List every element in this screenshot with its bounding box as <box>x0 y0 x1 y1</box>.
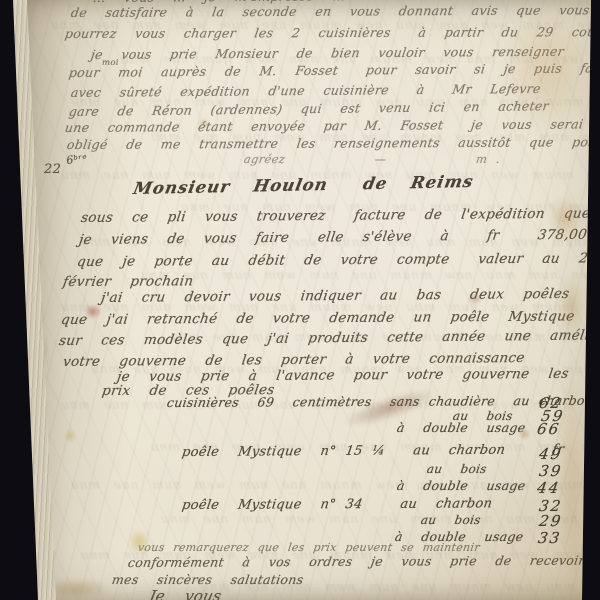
bleed-line: num umne mw num nue mnum wen num mnu new… <box>119 52 600 66</box>
bleed-line: num umne mw num nue mnum wen num mnu new… <box>139 268 600 282</box>
foxing-spot <box>200 120 208 127</box>
handwriting-line: que j'ai retranché de votre demande un p… <box>60 310 600 327</box>
handwriting-line: avec sûreté expédition d'une cuisinière … <box>70 83 542 100</box>
handwriting-line: obligé de me transmettre les renseigneme… <box>66 136 600 151</box>
foxing-stain <box>500 0 595 140</box>
handwriting-line: je viens de vous faire elle s'élève à fr… <box>78 229 600 248</box>
price-value: 62 <box>538 396 563 411</box>
price-value: 33 <box>537 531 562 546</box>
interline-insertion: moi <box>102 59 119 68</box>
letter-heading: Monsieur Houlon de Reims <box>132 174 475 198</box>
bleed-line: num umne mw num nue mnum wen num mnu new… <box>69 478 600 492</box>
handwriting-line: février prochain <box>62 275 194 289</box>
price-value: 32 <box>538 499 563 514</box>
bleed-line: num umne mw num nue mnum wen num mnu new… <box>159 512 600 526</box>
bleed-line: num umne mw num nue mnum wen num mnu new… <box>149 130 600 144</box>
bleed-line: num umne mw num nue mnum wen num mnu new… <box>149 440 600 454</box>
price-row-label: poêle Mystique n° 34 au charbon <box>181 497 493 512</box>
foxing-spot <box>520 430 529 438</box>
price-row-label: au bois <box>452 410 514 422</box>
handwriting-line: une commande étant envoyée par M. Fosset… <box>64 118 584 134</box>
foxing-stain <box>558 360 586 600</box>
price-row-label: poêle Mystique n° 15 ¼ au charbon fr <box>181 443 565 459</box>
price-value: 59 <box>540 409 565 424</box>
handwriting-line: votre gouverne de les porter à votre con… <box>62 352 526 370</box>
price-row-label: au bois <box>426 463 488 475</box>
handwriting-line: j'ai cru devoir vous indiquer au bas deu… <box>100 287 600 305</box>
bleed-line: num umne mw num nue mnum wen num mnu new… <box>49 18 600 32</box>
bleed-line: num umne mw num nue mnum wen num mnu new… <box>59 300 600 314</box>
bleed-line: num umne mw num nue mnum wen num mnu new… <box>199 580 600 594</box>
handwriting-line: sous ce pli vous trouverez facture de l'… <box>80 208 591 226</box>
price-value: 44 <box>536 481 561 496</box>
bleed-line: num umne mw num nue mnum wen num mnu new… <box>179 200 600 214</box>
price-value: 49 <box>538 447 563 462</box>
price-value: 66 <box>536 422 561 437</box>
price-value: 29 <box>538 514 563 529</box>
handwriting-line: de satisfaire à la seconde en vous donna… <box>70 4 591 19</box>
handwriting-line: gare de Réron (ardennes) qui est venu ic… <box>68 100 550 118</box>
ink-smear <box>339 382 441 434</box>
wax-stain <box>128 528 150 556</box>
price-row-label: à double usage <box>394 531 524 544</box>
foxing-stain <box>548 195 582 241</box>
bleed-line: num umne mw num nue mnum wen num mnu new… <box>69 95 600 109</box>
handwriting-line: sur ces modèles que j'ai produits cette … <box>58 329 600 349</box>
handwriting-line: je vous prie à l'avance pour votre gouve… <box>116 368 570 385</box>
bleed-line: num umne mw num nue mnum wen num mnu new… <box>79 548 600 562</box>
ink-stain <box>84 304 102 319</box>
foxing-spot <box>64 428 76 444</box>
handwriting-line: pour moi auprès de M. Fosset pour savoir… <box>68 62 600 79</box>
bleed-line: num umne mw num nue mnum wen num mnu new… <box>59 168 600 182</box>
price-value: 39 <box>538 464 563 479</box>
scanned-letter-page: num umne mw num nue mnum wen num mnu new… <box>0 0 600 600</box>
handwriting-line: que je porte au débit de votre compte va… <box>76 252 598 269</box>
handwriting-line: je vous prie Monsieur de bien vouloir vo… <box>90 46 565 62</box>
handwriting-line: conformément à vos ordres je vous prie d… <box>127 555 586 570</box>
handwriting-line: pourrez vous charger les 2 cuisinières à… <box>64 26 600 40</box>
handwriting-line: mes sincères salutations <box>111 574 304 587</box>
margin-date-month: 6ᵇʳᵉ <box>66 153 88 166</box>
paper-page: num umne mw num nue mnum wen num mnu new… <box>0 0 600 600</box>
foxing-spot <box>470 295 480 303</box>
handwriting-line: … vous … je m'empresse … <box>92 0 347 5</box>
handwriting-line: prix de ces poêles <box>101 384 275 398</box>
margin-date-day: 22 <box>44 163 61 176</box>
bleed-line: num umne mw num nue mnum wen num mnu new… <box>79 235 600 249</box>
price-row-label: cuisinières 69 centimètres sans chaudièr… <box>166 395 600 410</box>
bleed-line: num umne mw num nue mnum wen num mnu new… <box>59 398 600 412</box>
bleed-line: num umne mw num nue mnum wen num mnu new… <box>89 362 600 376</box>
handwriting-line: Je vous <box>148 589 223 600</box>
bleed-line: num umne mw num nue mnum wen num mnu new… <box>169 330 600 344</box>
foxing-stain <box>556 272 586 342</box>
price-row-label: à double usage <box>396 480 526 493</box>
handwriting-line: vous remarquerez que les prix peuvent se… <box>137 542 481 553</box>
valediction-line: agréez — m . <box>243 154 501 166</box>
price-row-label: au bois <box>420 514 482 526</box>
price-row-label: à double usage <box>396 422 526 435</box>
